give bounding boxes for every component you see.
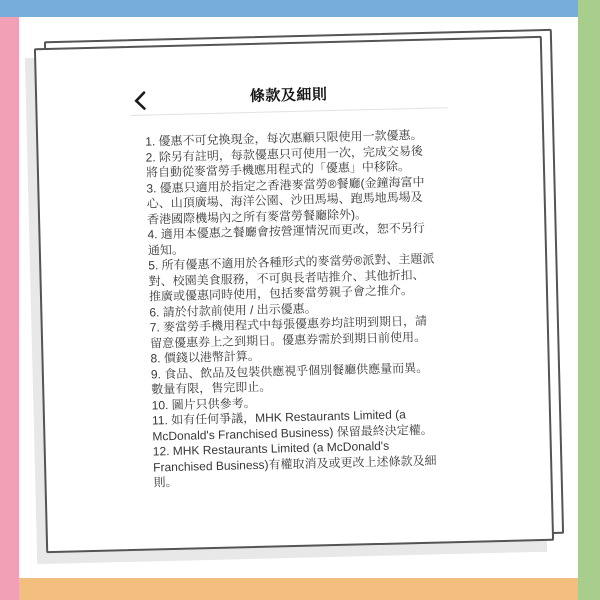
terms-item: 3. 優惠只適用於指定之香港麥當勞®餐廳(金鐘海富中心、山頂廣場、海洋公園、沙田… (146, 174, 434, 227)
terms-item: 12. MHK Restaurants Limited (a McDonald'… (153, 437, 441, 490)
terms-item: 5. 所有優惠不適用於各種形式的麥當勞®派對、主題派對、校園美食服務，不可與長者… (148, 252, 436, 305)
page-title: 條款及細則 (130, 83, 447, 109)
frame-left-bar (0, 17, 19, 600)
frame-bottom-bar (19, 578, 578, 600)
frame-top-bar (0, 0, 578, 17)
frame-right-bar (578, 0, 600, 600)
header-divider (131, 107, 448, 116)
terms-list: 1. 優惠不可兌換現金，每次惠顧只限使用一款優惠。 2. 除另有註明，每款優惠只… (145, 128, 441, 491)
terms-card: 條款及細則 1. 優惠不可兌換現金，每次惠顧只限使用一款優惠。 2. 除另有註明… (34, 36, 554, 553)
